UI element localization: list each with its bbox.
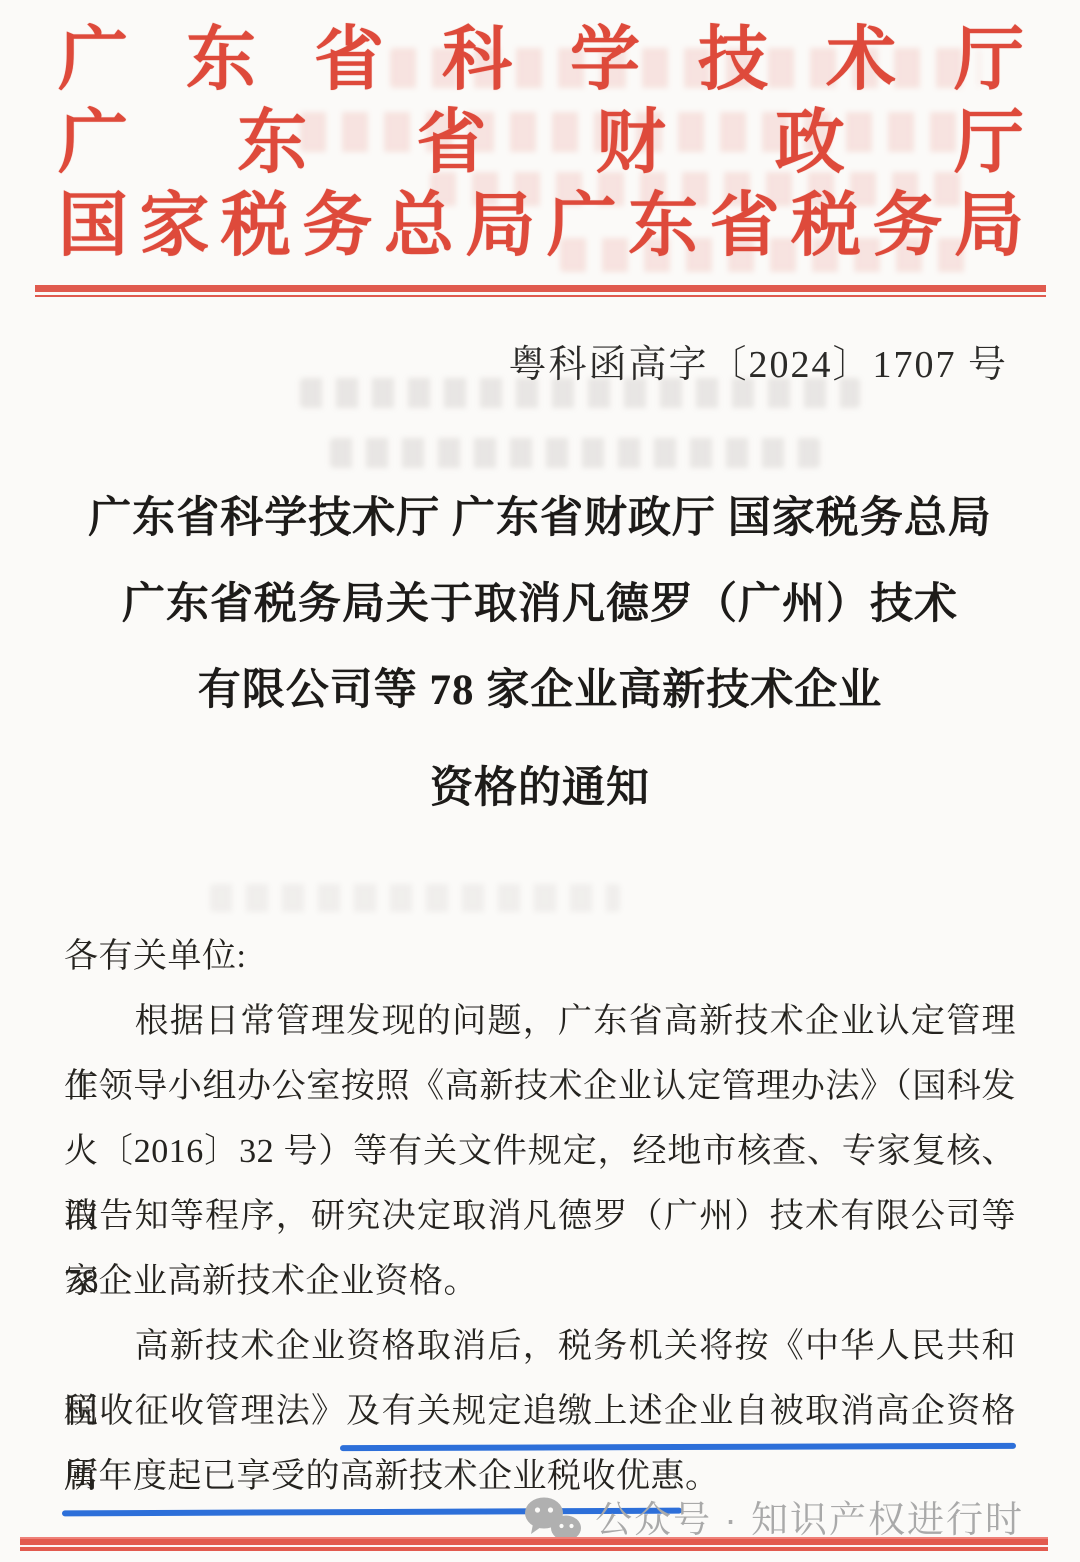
title-line-2: 广东省税务局关于取消凡德罗（广州）技术	[40, 562, 1040, 648]
title-line-1: 广东省科学技术厅 广东省财政厅 国家税务总局	[40, 476, 1040, 562]
bleed-through-artifact	[210, 884, 620, 912]
body-line: 家企业高新技术企业资格。	[64, 1249, 1016, 1314]
body-line: 根据日常管理发现的问题，广东省高新技术企业认定管理工	[64, 989, 1016, 1054]
title-line-4: 资格的通知	[40, 746, 1040, 832]
body-salutation: 各有关单位:	[64, 924, 1016, 989]
body-line: 税收征收管理法》及有关规定追缴上述企业自被取消高企资格所	[64, 1379, 1016, 1444]
letterhead-rule-thick	[35, 285, 1046, 292]
letterhead-line-tax-bureau: 国家税务总局广东省税务局	[58, 191, 1024, 263]
body-line: 高新技术企业资格取消后，税务机关将按《中华人民共和国	[64, 1314, 1016, 1379]
document-title: 广东省科学技术厅 广东省财政厅 国家税务总局 广东省税务局关于取消凡德罗（广州）…	[40, 476, 1040, 832]
document-body: 各有关单位: 根据日常管理发现的问题，广东省高新技术企业认定管理工 作领导小组办…	[64, 924, 1016, 1509]
letterhead-line-finance-dept: 广东省财政厅	[58, 108, 1024, 180]
title-line-3: 有限公司等 78 家企业高新技术企业	[40, 648, 1040, 734]
body-line: 火〔2016〕32 号）等有关文件规定，经地市核查、专家复核、取	[64, 1119, 1016, 1184]
bleed-through-artifact	[330, 438, 820, 468]
body-line: 消告知等程序，研究决定取消凡德罗（广州）技术有限公司等 78	[64, 1184, 1016, 1249]
document-number: 粤科函高字〔2024〕1707 号	[508, 340, 1008, 390]
document-page: 广东省科学技术厅 广东省财政厅 国家税务总局广东省税务局 粤科函高字〔2024〕…	[0, 0, 1080, 1562]
body-line: 作领导小组办公室按照《高新技术企业认定管理办法》（国科发	[64, 1054, 1016, 1119]
bottom-rule	[20, 1537, 1048, 1553]
letterhead-rule-thin	[35, 295, 1046, 297]
letterhead-line-science-tech-dept: 广东省科学技术厅	[58, 25, 1024, 97]
